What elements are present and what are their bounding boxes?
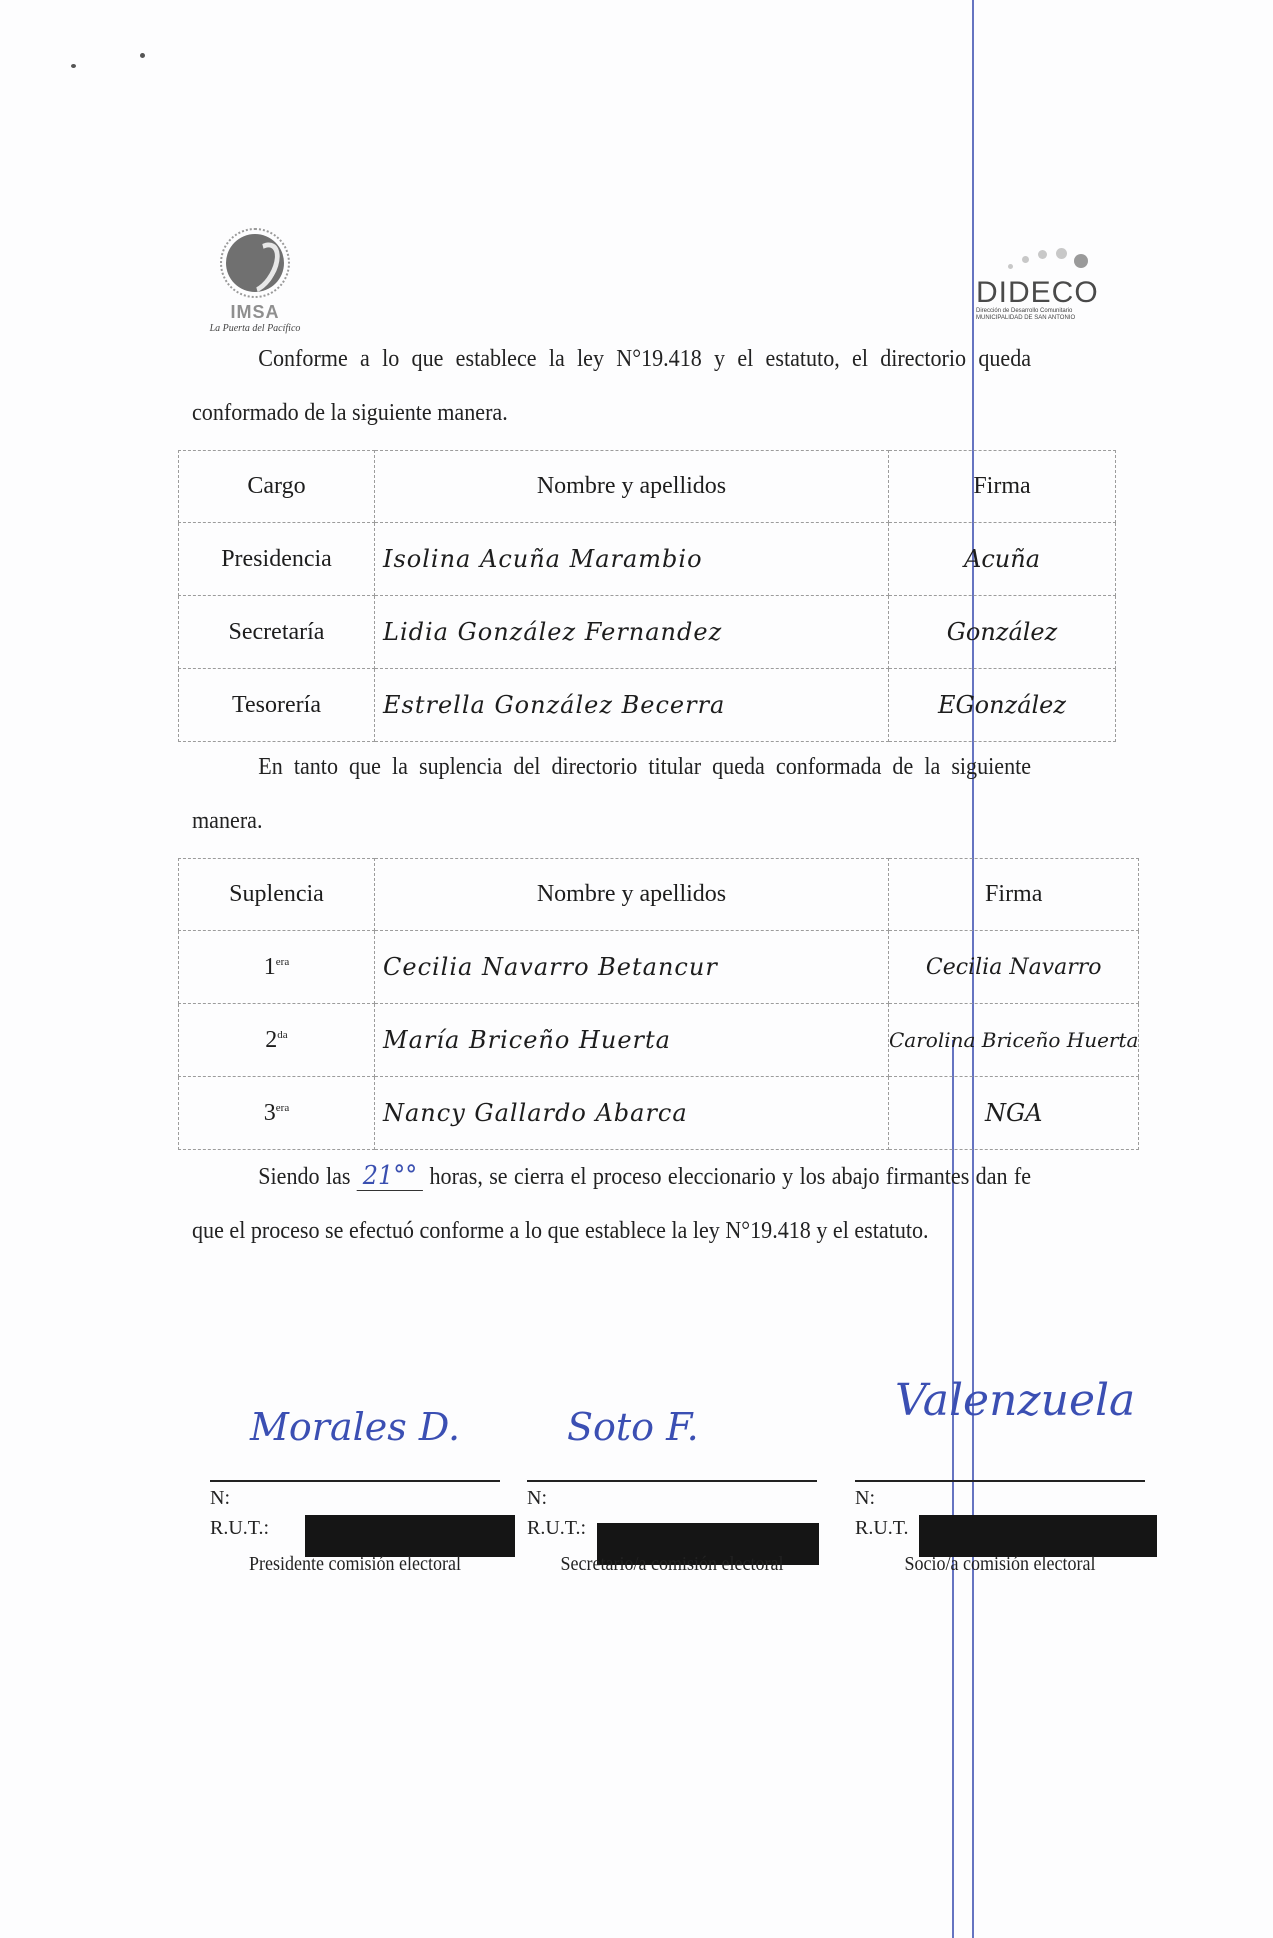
role-label: Presidente comisión electoral (225, 1553, 486, 1576)
rut-label: R.U.T.: (527, 1517, 586, 1540)
signature-scrawl: Morales D. (250, 1405, 460, 1449)
nombre-cell: Cecilia Navarro Betancur (375, 931, 889, 1004)
suplencia-cell: 1era (178, 931, 375, 1004)
imsa-logo-name: IMSA (195, 302, 315, 323)
cargo-cell: Presidencia (178, 523, 375, 596)
firma-cell: Cecilia Navarro (889, 931, 1139, 1004)
firma-cell: Acuña (889, 523, 1116, 596)
table-row: Tesorería Estrella González Becerra EGon… (178, 669, 1116, 742)
firma-cell: González (889, 596, 1116, 669)
signature-line (527, 1480, 817, 1482)
rut-label: R.U.T. (855, 1517, 909, 1540)
dideco-subtitle-1: Dirección de Desarrollo Comunitario (976, 308, 1126, 315)
imsa-logo: IMSA La Puerta del Pacífico (195, 228, 315, 334)
name-label: N: (855, 1487, 875, 1510)
column-header-cargo: Cargo (178, 450, 375, 523)
dideco-subtitle-2: MUNICIPALIDAD DE SAN ANTONIO (976, 315, 1126, 322)
nombre-cell: Nancy Gallardo Abarca (375, 1077, 889, 1150)
cargo-cell: Tesorería (178, 669, 375, 742)
intro-paragraph: Conforme a lo que establece la ley N°19.… (192, 332, 1031, 440)
nombre-cell: María Briceño Huerta (375, 1004, 889, 1077)
table-row: 1era Cecilia Navarro Betancur Cecilia Na… (178, 931, 1139, 1004)
nombre-cell: Lidia González Fernandez (375, 596, 889, 669)
rut-label: R.U.T.: (210, 1517, 269, 1540)
cargo-cell: Secretaría (178, 596, 375, 669)
column-header-suplencia: Suplencia (178, 858, 375, 931)
column-header-firma: Firma (889, 858, 1139, 931)
signature-scrawl: Valenzuela (895, 1375, 1135, 1426)
suplencia-cell: 3era (178, 1077, 375, 1150)
firma-cell: Carolina Briceño Huerta (889, 1004, 1139, 1077)
imsa-emblem-icon (220, 228, 290, 298)
name-label: N: (210, 1487, 230, 1510)
dideco-wordmark: DIDECO (976, 278, 1126, 308)
nombre-cell: Estrella González Becerra (375, 669, 889, 742)
scan-speck (140, 53, 145, 58)
signature-line (855, 1480, 1145, 1482)
table-row: Secretaría Lidia González Fernandez Gonz… (178, 596, 1116, 669)
signature-scrawl: Soto F. (567, 1405, 699, 1449)
table-row: 2da María Briceño Huerta Carolina Briceñ… (178, 1004, 1139, 1077)
name-label: N: (527, 1487, 547, 1510)
table-row: Presidencia Isolina Acuña Marambio Acuña (178, 523, 1116, 596)
column-header-nombre: Nombre y apellidos (375, 858, 889, 931)
firma-cell: EGonzález (889, 669, 1116, 742)
suplencia-paragraph: En tanto que la suplencia del directorio… (192, 740, 1031, 848)
signature-line (210, 1480, 500, 1482)
hours-field: 21°° (357, 1162, 423, 1191)
directorio-table: Cargo Nombre y apellidos Firma Presidenc… (178, 450, 1116, 742)
closing-paragraph: Siendo las 21°° horas, se cierra el proc… (192, 1150, 1031, 1258)
role-label: Socio/a comisión electoral (870, 1553, 1131, 1576)
table-header-row: Cargo Nombre y apellidos Firma (178, 450, 1116, 523)
firma-cell: NGA (889, 1077, 1139, 1150)
table-row: 3era Nancy Gallardo Abarca NGA (178, 1077, 1139, 1150)
redacted-rut (305, 1515, 515, 1557)
column-header-firma: Firma (889, 450, 1116, 523)
suplencia-cell: 2da (178, 1004, 375, 1077)
role-label: Secretario/a comisión electoral (542, 1553, 803, 1576)
suplencia-table: Suplencia Nombre y apellidos Firma 1era … (178, 858, 1139, 1150)
redacted-rut (919, 1515, 1157, 1557)
scan-speck (71, 64, 76, 68)
nombre-cell: Isolina Acuña Marambio (375, 523, 889, 596)
column-header-nombre: Nombre y apellidos (375, 450, 889, 523)
dideco-logo: DIDECO Dirección de Desarrollo Comunitar… (976, 244, 1126, 322)
dideco-dots-icon (976, 244, 1126, 278)
table-header-row: Suplencia Nombre y apellidos Firma (178, 858, 1139, 931)
